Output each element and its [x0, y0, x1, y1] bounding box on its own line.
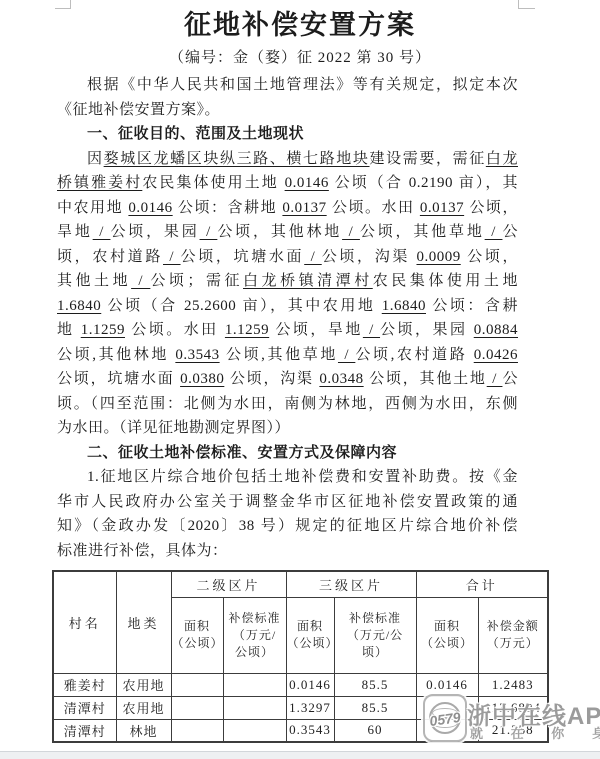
- text-segment: 公顷,农村道路: [355, 347, 473, 363]
- table-cell: 清潭村: [53, 696, 116, 719]
- body-line: 桥镇雅姜村农民集体使用土地 0.0146 公顷（合 0.2190 亩），其: [57, 171, 518, 196]
- table-cell: 林地: [116, 719, 171, 742]
- table-cell: 85.5: [334, 673, 416, 696]
- text-segment: 公顷（合 0.2190 亩），其: [329, 175, 518, 191]
- sub-header-rate-t3: 补偿标准 （万元/公 顷）: [334, 597, 416, 673]
- sub-header-area-t3: 面积 （公顷）: [286, 597, 334, 673]
- text-segment: 农民集体使用土地: [373, 273, 518, 289]
- text-segment: 其他土地: [57, 273, 131, 289]
- text-segment: 中农用地: [57, 200, 128, 216]
- filled-blank: 1.1259: [81, 322, 125, 338]
- sub-header-area-total: 面积 （公顷）: [416, 597, 478, 673]
- filled-blank: 0.0380: [180, 371, 224, 387]
- body-line: 标准进行补偿，具体为：: [57, 539, 518, 564]
- text-segment: 公: [502, 224, 518, 240]
- filled-blank: /: [487, 371, 503, 387]
- body-line: 地 1.1259 公顷。水田 1.1259 公顷，旱地 / 公顷，果园 0.08…: [57, 318, 518, 343]
- bottom-strip: [0, 751, 600, 759]
- compensation-table: 村名 地类 二级区片 三级区片 合计 面积 （公顷） 补偿标准 （万元/ 公顷）…: [52, 570, 549, 743]
- text-segment: 公顷：含耕地: [173, 200, 283, 216]
- table-cell: 农用地: [116, 696, 171, 719]
- document-body: 根据《中华人民共和国土地管理法》等有关规定，拟定本次《征地补偿安置方案》。一、征…: [57, 73, 518, 563]
- text-segment: 公顷，: [464, 200, 518, 216]
- table-cell: 85.5: [334, 696, 416, 719]
- text-segment: 公顷；需征: [150, 273, 243, 289]
- table-cell: 0.0146: [416, 673, 478, 696]
- text-segment: 知》（金政办发〔2020〕38 号）规定的征地区片综合地价补偿: [57, 518, 518, 534]
- body-line: 其他土地 / 公顷；需征白龙桥镇清潭村农民集体使用土地: [57, 269, 518, 294]
- body-line: 顷，农村道路 / 公顷，坑塘水面 / 公顷，沟渠 0.0009 公顷，: [57, 245, 518, 270]
- text-segment: 农民集体使用土地: [142, 175, 284, 191]
- filled-blank: /: [342, 224, 360, 240]
- text-segment: 公顷。水田: [327, 200, 420, 216]
- body-line: 根据《中华人民共和国土地管理法》等有关规定，拟定本次: [57, 73, 518, 98]
- table-cell: 21.258: [478, 719, 548, 742]
- table-cell: 雅姜村: [53, 673, 116, 696]
- filled-blank: 0.0146: [128, 200, 172, 216]
- text-segment: 公顷，果园: [380, 322, 474, 338]
- filled-blank: 0.0426: [474, 347, 518, 363]
- text-segment: 1.征地区片综合地价包括土地补偿费和安置补助费。按《金: [87, 469, 518, 485]
- table-cell: [223, 673, 286, 696]
- body-line: 因婺城区龙蟠区块纵三路、横七路地块建设需要，需征白龙: [57, 147, 518, 172]
- body-line: 中农用地 0.0146 公顷：含耕地 0.0137 公顷。水田 0.0137 公…: [57, 196, 518, 221]
- filled-blank: 0.0137: [420, 200, 464, 216]
- table-cell: 清潭村: [53, 719, 116, 742]
- filled-blank: 白龙: [486, 151, 518, 167]
- table-cell: 1.3297: [286, 696, 334, 719]
- filled-blank: 婺城区龙蟠区块纵三路、横七路地块: [104, 151, 370, 167]
- filled-blank: 0.0884: [474, 322, 518, 338]
- filled-blank: /: [93, 224, 111, 240]
- body-line: 1.6840 公顷（合 25.2600 亩），其中农用地 1.6840 公顷：含…: [57, 294, 518, 319]
- text-segment: 地: [57, 322, 81, 338]
- text-segment: 华市人民政府办公室关于调整金华市区征地补偿安置政策的通: [57, 494, 518, 510]
- document-title: 征地补偿安置方案: [0, 8, 600, 42]
- body-line: 公顷，坑塘水面 0.0380 公顷，沟渠 0.0348 公顷，其他土地 / 公: [57, 367, 518, 392]
- text-segment: 公顷，果园: [110, 224, 199, 240]
- filled-blank: 0.0348: [319, 371, 363, 387]
- table-cell: [171, 673, 223, 696]
- text-segment: 顷。（四至范围：北侧为水田，南侧为林地，西侧为水田，东侧: [57, 396, 518, 412]
- document-page: 征地补偿安置方案 （编号：金（婺）征 2022 第 30 号） 根据《中华人民共…: [0, 0, 600, 759]
- text-segment: 公顷，坑塘水面: [181, 249, 305, 265]
- table-row: 清潭村林地0.35436021.258: [53, 719, 548, 742]
- filled-blank: /: [304, 249, 322, 265]
- text-segment: 公: [502, 371, 518, 387]
- text-segment: 公顷，其他草地: [360, 224, 485, 240]
- table-row: 清潭村农用地1.329785.5113.6894: [53, 696, 548, 719]
- text-segment: 公顷，其他土地: [364, 371, 487, 387]
- table-cell: 1.2483: [478, 673, 548, 696]
- text-segment: 公顷，旱地: [269, 322, 363, 338]
- col-header-village: 村名: [53, 571, 116, 673]
- table-cell: 农用地: [116, 673, 171, 696]
- table-cell: 0.3543: [286, 719, 334, 742]
- filled-blank: /: [131, 273, 150, 289]
- filled-blank: 1.6840: [382, 298, 426, 314]
- body-line: 公顷,其他林地 0.3543 公顷,其他草地 / 公顷,农村道路 0.0426: [57, 343, 518, 368]
- crop-mark-top-left: [55, 0, 71, 9]
- text-segment: 公顷：含耕: [426, 298, 518, 314]
- filled-blank: 1.1259: [225, 322, 269, 338]
- text-segment: 《征地补偿安置方案》。: [57, 102, 220, 118]
- filled-blank: 0.3543: [175, 347, 219, 363]
- sub-header-area-t2: 面积 （公顷）: [171, 597, 223, 673]
- filled-blank: 0.0137: [282, 200, 326, 216]
- text-segment: 因: [87, 151, 104, 167]
- table-row: 雅姜村农用地0.014685.50.01461.2483: [53, 673, 548, 696]
- table-cell: 60: [334, 719, 416, 742]
- text-segment: 公顷。水田: [125, 322, 225, 338]
- body-line: 1.征地区片综合地价包括土地补偿费和安置补助费。按《金: [57, 465, 518, 490]
- group-header-total: 合计: [416, 571, 548, 597]
- section-heading: 一、征收目的、范围及土地现状: [57, 122, 518, 147]
- table-cell: 0.0146: [286, 673, 334, 696]
- table-cell: [416, 696, 478, 719]
- text-segment: 公顷，坑塘水面: [57, 371, 180, 387]
- sub-header-rate-t2: 补偿标准 （万元/ 公顷）: [223, 597, 286, 673]
- text-segment: 公顷，沟渠: [322, 249, 417, 265]
- filled-blank: /: [338, 347, 355, 363]
- filled-blank: /: [163, 249, 181, 265]
- filled-blank: 0.0009: [416, 249, 460, 265]
- text-segment: 旱地: [57, 224, 93, 240]
- filled-blank: /: [200, 224, 218, 240]
- col-header-landtype: 地类: [116, 571, 171, 673]
- text-segment: 二、征收土地补偿标准、安置方式及保障内容: [87, 445, 397, 461]
- text-segment: 根据《中华人民共和国土地管理法》等有关规定，拟定本次: [87, 77, 518, 93]
- text-segment: 顷，农村道路: [57, 249, 163, 265]
- text-segment: 公顷，沟渠: [224, 371, 319, 387]
- text-segment: 建设需要，需征: [370, 151, 486, 167]
- table-cell: [416, 719, 478, 742]
- sub-header-amount-total: 补偿金额 （万元）: [478, 597, 548, 673]
- table-cell: [171, 719, 223, 742]
- document-number: （编号：金（婺）征 2022 第 30 号）: [0, 48, 600, 68]
- group-header-tier3: 三级区片: [286, 571, 416, 597]
- filled-blank: 1.6840: [57, 298, 101, 314]
- text-segment: 公顷,其他草地: [220, 347, 338, 363]
- text-segment: 标准进行补偿，具体为：: [57, 543, 228, 559]
- table-cell: [171, 696, 223, 719]
- body-line: 旱地 / 公顷，果园 / 公顷，其他林地 / 公顷，其他草地 / 公: [57, 220, 518, 245]
- filled-blank: 0.0146: [285, 175, 329, 191]
- section-heading: 二、征收土地补偿标准、安置方式及保障内容: [57, 441, 518, 466]
- text-segment: 为水田。（详见征地勘测定界图））: [57, 420, 290, 436]
- body-line: 为水田。（详见征地勘测定界图））: [57, 416, 518, 441]
- body-line: 《征地补偿安置方案》。: [57, 98, 518, 123]
- table-cell: 113.6894: [478, 696, 548, 719]
- body-line: 华市人民政府办公室关于调整金华市区征地补偿安置政策的通: [57, 490, 518, 515]
- text-segment: 公顷，其他林地: [217, 224, 342, 240]
- text-segment: 公顷，: [461, 249, 518, 265]
- text-segment: 一、征收目的、范围及土地现状: [87, 126, 304, 142]
- filled-blank: 白龙桥镇清潭村: [243, 273, 373, 289]
- table-cell: [223, 696, 286, 719]
- crop-mark-top-right: [518, 0, 535, 9]
- text-segment: 公顷（合 25.2600 亩），其中农用地: [101, 298, 382, 314]
- text-segment: 公顷,其他林地: [57, 347, 175, 363]
- body-line: 顷。（四至范围：北侧为水田，南侧为林地，西侧为水田，东侧: [57, 392, 518, 417]
- filled-blank: 桥镇雅姜村: [57, 175, 142, 191]
- table-cell: [223, 719, 286, 742]
- body-line: 知》（金政办发〔2020〕38 号）规定的征地区片综合地价补偿: [57, 514, 518, 539]
- table-group-header-row: 村名 地类 二级区片 三级区片 合计: [53, 571, 548, 597]
- filled-blank: /: [363, 322, 380, 338]
- filled-blank: /: [485, 224, 503, 240]
- group-header-tier2: 二级区片: [171, 571, 286, 597]
